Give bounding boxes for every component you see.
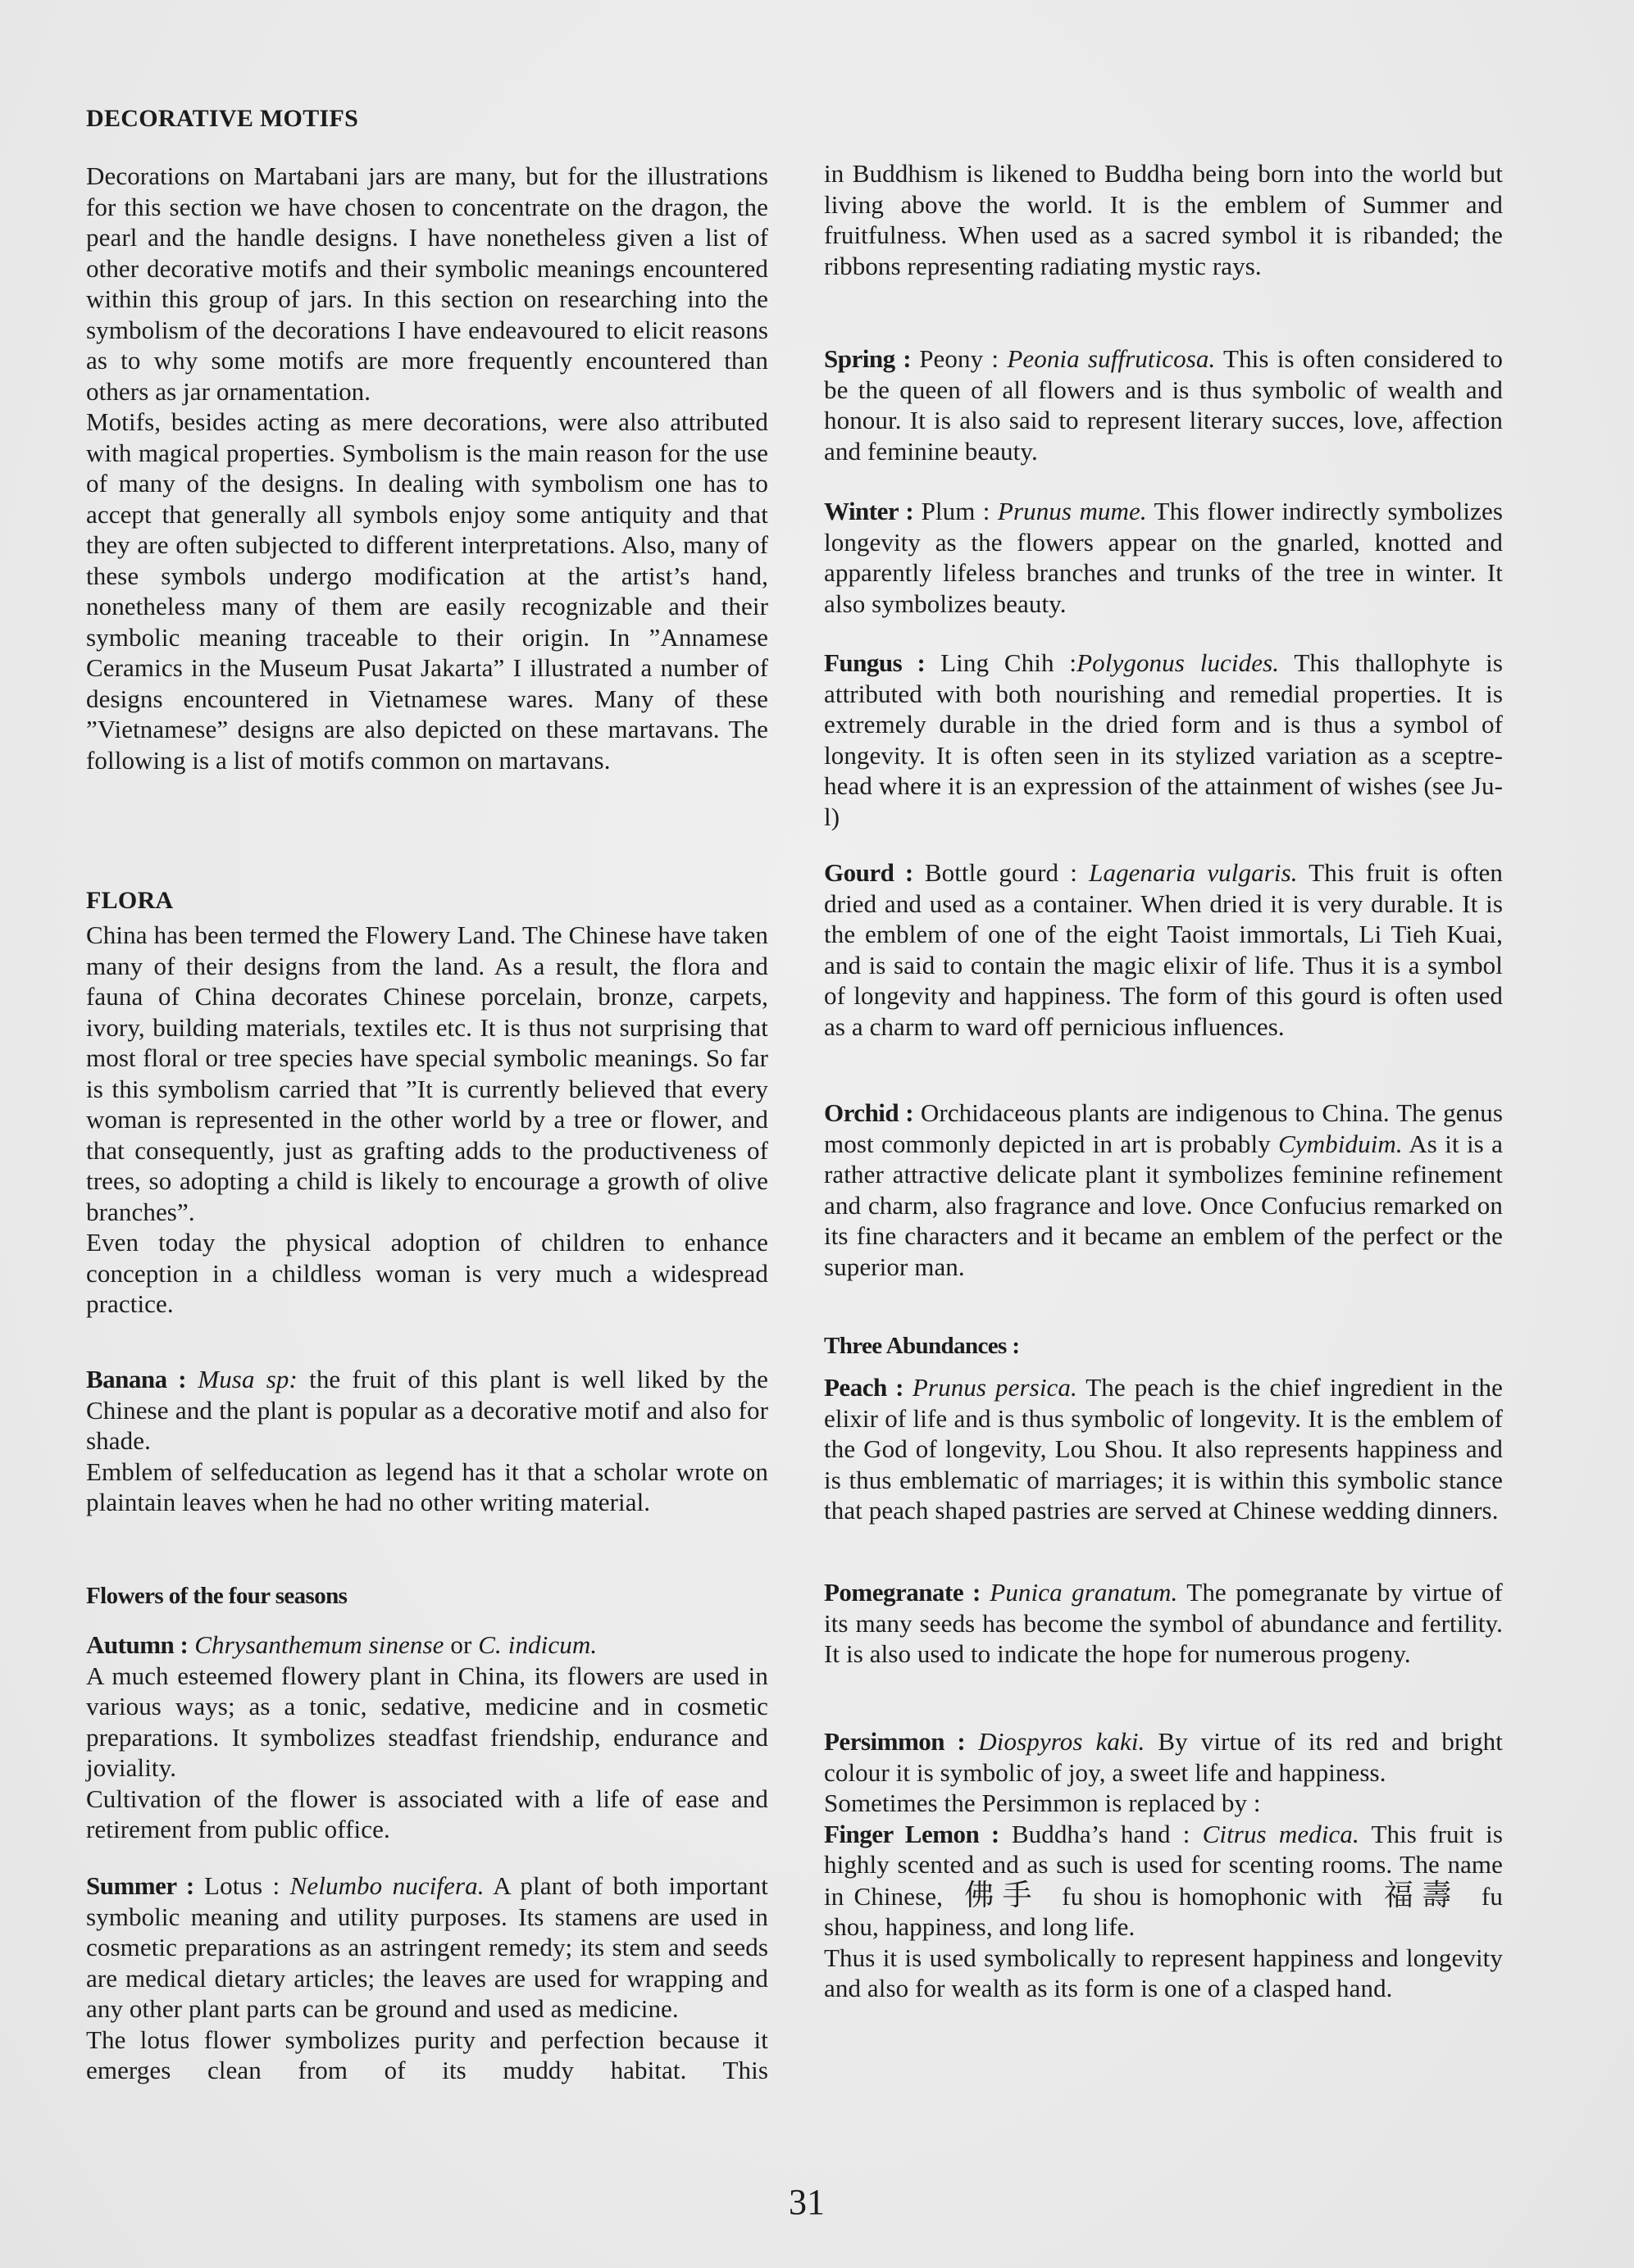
entry-autumn: Autumn : Chrysanthemum sinense or C. ind… [86,1629,768,1845]
text-persimmon-replaced: Sometimes the Persimmon is replaced by : [824,1788,1503,1819]
text-summer-lotus: The lotus flower symbolizes purity and p… [86,2025,768,2086]
latin-peach: Prunus persica. [913,1373,1077,1402]
text-banana: the fruit of this plant is well liked by… [86,1365,768,1455]
heading-flora: FLORA [86,885,768,916]
term-summer: Summer : [86,1871,194,1900]
latin-orchid: Cymbiduim. [1278,1129,1403,1158]
entry-pomegranate: Pomegranate : Punica granatum. The pomeg… [824,1577,1503,1670]
latin-finger-lemon: Citrus medica. [1203,1820,1359,1848]
term-peach: Peach : [824,1373,903,1402]
latin-fungus: Polygonus lucides. [1076,648,1279,677]
term-autumn: Autumn : [86,1630,188,1659]
latin-persimmon: Diospyros kaki. [978,1727,1145,1756]
latin-summer: Nelumbo nucifera. [290,1871,485,1900]
term-spring: Spring : [824,344,911,373]
latin-gourd: Lagenaria vulgaris. [1089,858,1297,887]
term-finger-lemon: Finger Lemon : [824,1820,999,1848]
text-summer-continued: in Buddhism is likened to Buddha being b… [824,158,1503,281]
term-fungus: Fungus : [824,648,925,677]
latin-autumn-2: C. indicum. [478,1630,597,1659]
page-number: 31 [789,2182,825,2223]
paragraph-motifs: Motifs, besides acting as mere decoratio… [86,407,768,775]
latin-winter: Prunus mume. [998,497,1147,525]
entry-banana: Banana : Musa sp: the fruit of this plan… [86,1364,768,1518]
term-pomegranate: Pomegranate : [824,1578,981,1607]
section-summer-continued: in Buddhism is likened to Buddha being b… [824,158,1503,281]
paragraph-flora-intro: China has been termed the Flowery Land. … [86,920,768,1227]
entry-winter: Winter : Plum : Prunus mume. This flower… [824,496,1503,619]
text-banana-emblem: Emblem of selfeducation as legend has it… [86,1457,768,1518]
text-finger-lemon-symbolism: Thus it is used symbolically to represen… [824,1943,1503,2004]
term-gourd: Gourd : [824,858,913,887]
term-persimmon: Persimmon : [824,1727,965,1756]
latin-pomegranate: Punica granatum. [990,1578,1177,1607]
latin-banana: Musa sp: [198,1365,298,1393]
text-autumn: A much esteemed flowery plant in China, … [86,1661,768,1784]
heading-three-abundances: Three Abundances : [824,1331,1503,1362]
chinese-characters-fu-shou: 福壽 [1372,1879,1472,1912]
entry-orchid: Orchid : Orchidaceous plants are indigen… [824,1098,1503,1282]
paragraph-intro: Decorations on Martabani jars are many, … [86,161,768,407]
section-decorative-motifs: Decorations on Martabani jars are many, … [86,161,768,775]
latin-autumn-1: Chrysanthemum sinense [194,1630,444,1659]
latin-spring: Peonia suffruticosa. [1007,344,1215,373]
entry-gourd: Gourd : Bottle gourd : Lagenaria vulgari… [824,857,1503,1042]
section-flora: China has been termed the Flowery Land. … [86,920,768,1320]
term-banana: Banana : [86,1365,186,1393]
heading-four-seasons: Flowers of the four seasons [86,1581,768,1612]
text-autumn-cultivation: Cultivation of the flower is associated … [86,1784,768,1845]
entry-summer: Summer : Lotus : Nelumbo nucifera. A pla… [86,1870,768,2086]
heading-decorative-motifs: DECORATIVE MOTIFS [86,103,768,134]
entry-persimmon: Persimmon : Diospyros kaki. By virtue of… [824,1726,1503,2004]
term-winter: Winter : [824,497,913,525]
entry-fungus: Fungus : Ling Chih :Polygonus lucides. T… [824,648,1503,832]
entry-peach: Peach : Prunus persica. The peach is the… [824,1372,1503,1526]
entry-spring: Spring : Peony : Peonia suffruticosa. Th… [824,343,1503,466]
chinese-characters-fo-shou: 佛手 [953,1879,1052,1912]
entry-finger-lemon: Finger Lemon : Buddha’s hand : Citrus me… [824,1819,1503,1943]
paragraph-flora-adoption: Even today the physical adoption of chil… [86,1227,768,1320]
book-page: DECORATIVE MOTIFS Decorations on Martaba… [0,0,1634,2268]
term-orchid: Orchid : [824,1098,913,1127]
